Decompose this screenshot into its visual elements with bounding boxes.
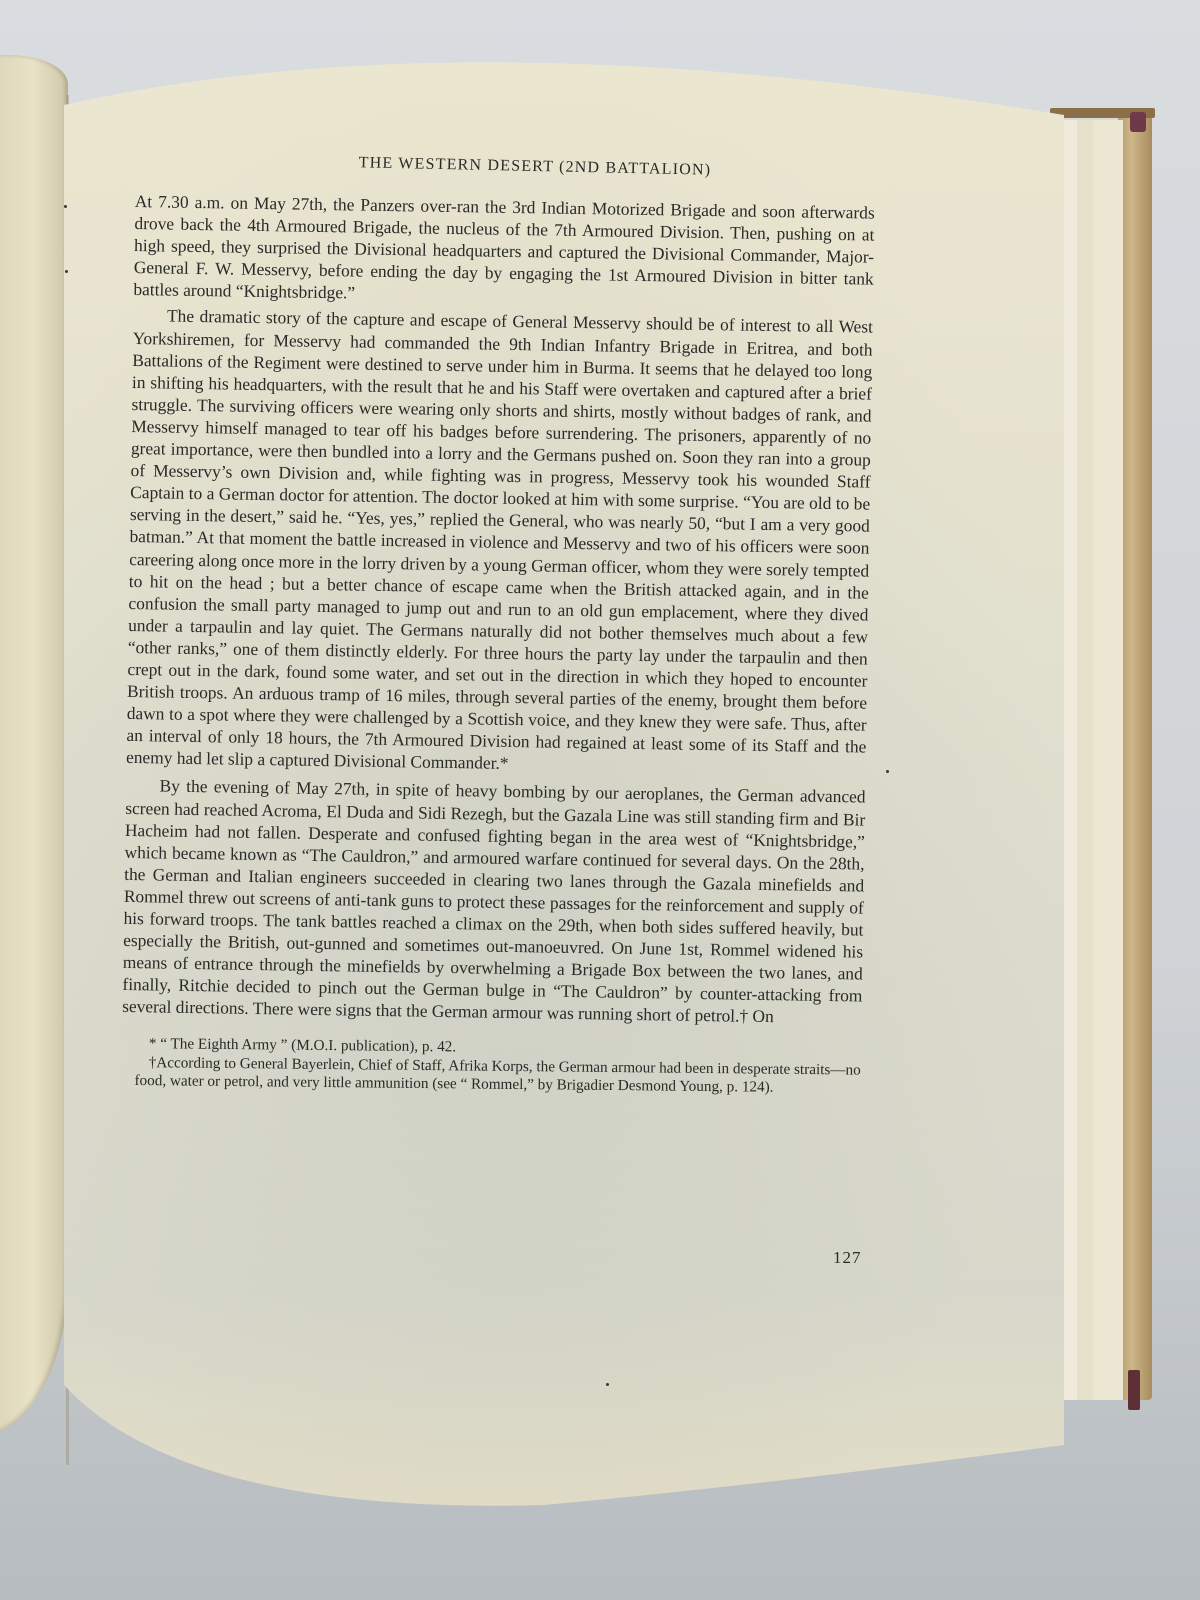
- paper-speck: [65, 270, 68, 273]
- body-text: At 7.30 a.m. on May 27th, the Panzers ov…: [122, 190, 875, 1029]
- paragraph: The dramatic story of the capture and es…: [126, 304, 873, 780]
- paper-speck: [606, 1383, 609, 1386]
- page-number: 127: [833, 1248, 862, 1268]
- book-cover-edge: [1118, 110, 1152, 1400]
- paper-speck: [886, 770, 889, 773]
- book-cover-bottom-corner: [1128, 1370, 1140, 1410]
- paragraph: At 7.30 a.m. on May 27th, the Panzers ov…: [133, 190, 875, 312]
- paragraph: By the evening of May 27th, in spite of …: [122, 774, 866, 1029]
- book-cover-corner: [1130, 112, 1146, 132]
- paper-speck: [64, 205, 67, 208]
- page-stack-edge: [1090, 120, 1123, 1400]
- text-block: THE WESTERN DESERT (2ND BATTALION) At 7.…: [135, 158, 875, 1091]
- left-page-edge: [0, 55, 68, 1435]
- footnotes: * “ The Eighth Army ” (M.O.I. publicatio…: [134, 1035, 875, 1098]
